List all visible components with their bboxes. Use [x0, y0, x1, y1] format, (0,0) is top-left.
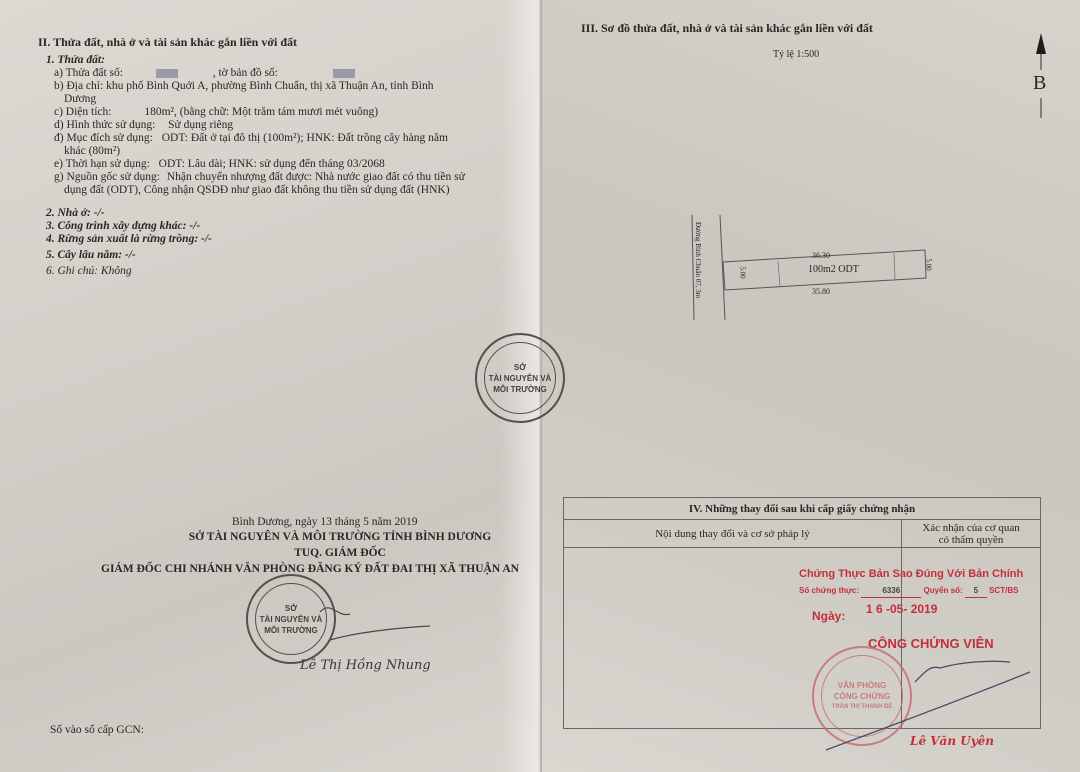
notary-signer-name: Lê Văn Uyên — [910, 734, 994, 748]
signature-stroke-right — [0, 0, 1080, 772]
